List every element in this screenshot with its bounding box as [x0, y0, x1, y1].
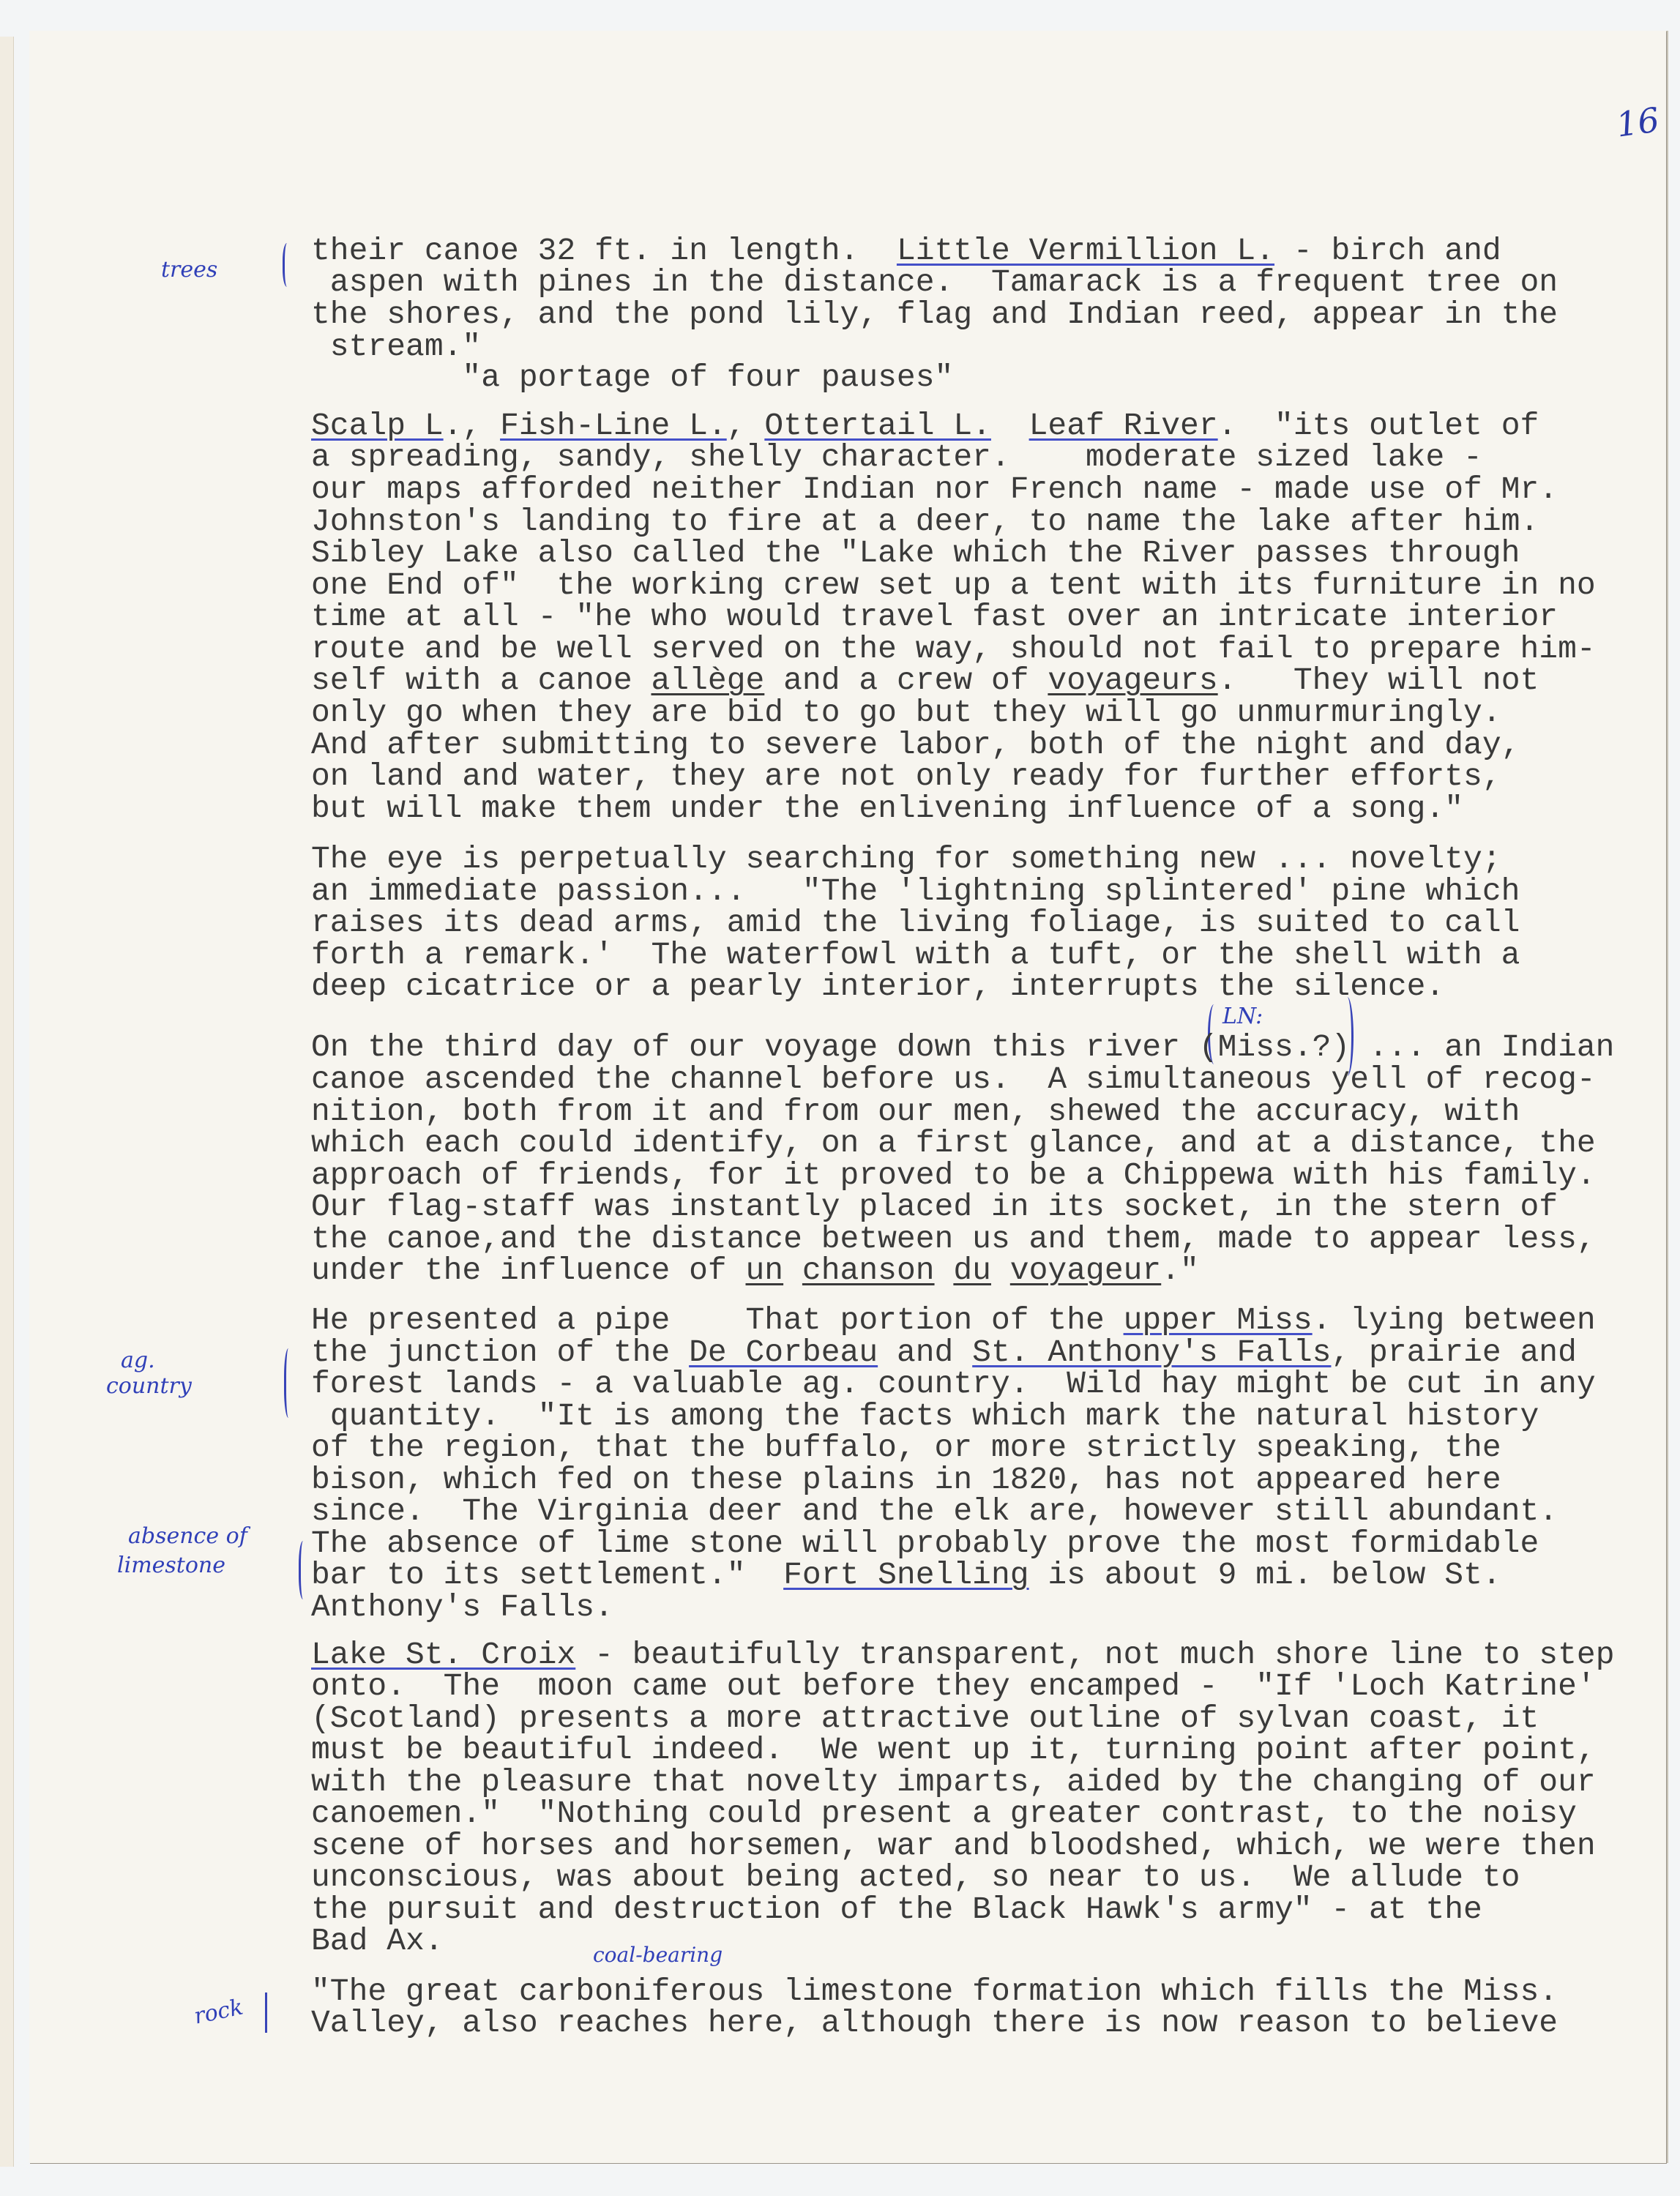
margin-note-limestone: limestone [117, 1553, 225, 1578]
text-line: canoe ascended the channel before us. A … [311, 1064, 1596, 1095]
text-line: Valley, also reaches here, although ther… [311, 2007, 1558, 2039]
text-line: He presented a pipe That portion of the … [311, 1304, 1596, 1336]
text-line: under the influence of un chanson du voy… [311, 1255, 1199, 1286]
text-line: our maps afforded neither Indian nor Fre… [311, 474, 1558, 505]
text-line: but will make them under the enlivening … [311, 793, 1463, 824]
text-line: onto. The moon came out before they enca… [311, 1670, 1596, 1702]
text-line: canoemen." "Nothing could present a grea… [311, 1798, 1577, 1829]
text-line: the pursuit and destruction of the Black… [311, 1894, 1482, 1925]
text-line: of the region, that the buffalo, or more… [311, 1432, 1501, 1463]
handwritten-underline: Leaf River [1029, 408, 1218, 444]
text-line: Bad Ax. [311, 1925, 444, 1957]
handwritten-underline: upper Miss [1124, 1302, 1313, 1338]
text-line: scene of horses and horsemen, war and bl… [311, 1830, 1596, 1861]
text-line: "a portage of four pauses" [311, 362, 953, 393]
handwritten-underline: Little Vermillion L. [897, 233, 1274, 269]
text-line: On the third day of our voyage down this… [311, 1031, 1615, 1063]
text-line: aspen with pines in the distance. Tamara… [311, 266, 1558, 298]
text-line: Anthony's Falls. [311, 1591, 613, 1623]
text-line: deep cicatrice or a pearly interior, int… [311, 971, 1444, 1002]
text-line: raises its dead arms, amid the living fo… [311, 907, 1520, 938]
text-line: "The great carboniferous limestone forma… [311, 1976, 1558, 2007]
typed-underline: du [953, 1252, 991, 1288]
text-line: which each could identify, on a first gl… [311, 1127, 1596, 1159]
text-line: route and be well served on the way, sho… [311, 633, 1596, 665]
text-line: since. The Virginia deer and the elk are… [311, 1495, 1558, 1527]
text-line: their canoe 32 ft. in length. Little Ver… [311, 235, 1501, 266]
margin-note-rock: rock [192, 1995, 245, 2029]
text-line: The eye is perpetually searching for som… [311, 843, 1501, 875]
text-line: self with a canoe allège and a crew of v… [311, 665, 1539, 696]
text-line: Lake St. Croix - beautifully transparent… [311, 1639, 1615, 1670]
page-number: 16 [1614, 100, 1662, 145]
text-line: approach of friends, for it proved to be… [311, 1159, 1596, 1191]
handwritten-underline: Lake St. Croix [311, 1637, 575, 1673]
handwritten-underline: St. Anthony's Falls [972, 1334, 1331, 1370]
text-line: only go when they are bid to go but they… [311, 697, 1501, 728]
text-line: quantity. "It is among the facts which m… [311, 1400, 1539, 1432]
text-line: stream." [311, 331, 481, 362]
text-line: on land and water, they are not only rea… [311, 761, 1501, 792]
handwritten-underline: De Corbeau [689, 1334, 878, 1370]
adjacent-page-edge [0, 37, 14, 2167]
text-line: bison, which fed on these plains in 1820… [311, 1464, 1501, 1495]
handwritten-underline: Scalp L [311, 408, 444, 444]
typed-underline: chanson [802, 1252, 935, 1288]
text-line: must be beautiful indeed. We went up it,… [311, 1734, 1596, 1766]
text-line: forth a remark.' The waterfowl with a tu… [311, 939, 1520, 971]
typed-underline: allège [651, 662, 764, 698]
text-line: the canoe,and the distance between us an… [311, 1223, 1596, 1255]
text-line: with the pleasure that novelty imparts, … [311, 1766, 1596, 1798]
text-line: Johnston's landing to fire at a deer, to… [311, 506, 1539, 537]
text-line: Our flag-staff was instantly placed in i… [311, 1191, 1558, 1222]
interlinear-note-coal-bearing: coal-bearing [593, 1943, 723, 1968]
margin-note-country: country [106, 1374, 192, 1399]
handwritten-underline: Fort Snelling [783, 1557, 1028, 1593]
margin-line-rock [265, 1993, 270, 2033]
text-line: (Scotland) presents a more attractive ou… [311, 1703, 1539, 1734]
margin-note-absence-of: absence of [128, 1524, 247, 1549]
text-line: an immediate passion... "The 'lightning … [311, 875, 1520, 907]
text-line: unconscious, was about being acted, so n… [311, 1861, 1520, 1893]
text-line: And after submitting to severe labor, bo… [311, 729, 1520, 761]
typed-underline: voyageur [1010, 1252, 1161, 1288]
interlinear-note-ln: LN: [1222, 1004, 1263, 1029]
text-line: nition, both from it and from our men, s… [311, 1096, 1520, 1127]
typed-manuscript-page: 16 trees ag. country absence of limeston… [29, 31, 1666, 2163]
text-line: time at all - "he who would travel fast … [311, 601, 1558, 632]
text-line: a spreading, sandy, shelly character. mo… [311, 441, 1482, 473]
text-line: one End of" the working crew set up a te… [311, 569, 1596, 601]
margin-note-trees: trees [161, 258, 217, 283]
handwritten-underline: Fish-Line L. [500, 408, 727, 444]
margin-brace-limestone [299, 1541, 310, 1599]
margin-brace-trees [283, 243, 294, 287]
text-line: The absence of lime stone will probably … [311, 1528, 1539, 1559]
text-line: Scalp L., Fish-Line L., Ottertail L. Lea… [311, 410, 1539, 441]
text-line: the junction of the De Corbeau and St. A… [311, 1337, 1577, 1368]
margin-note-ag: ag. [121, 1348, 155, 1373]
margin-brace-ag-country [284, 1348, 295, 1418]
typed-underline: un [746, 1252, 784, 1288]
text-line: bar to its settlement." Fort Snelling is… [311, 1559, 1501, 1591]
text-line: the shores, and the pond lily, flag and … [311, 299, 1558, 330]
text-line: forest lands - a valuable ag. country. W… [311, 1368, 1596, 1400]
text-line: Sibley Lake also called the "Lake which … [311, 537, 1520, 569]
handwritten-underline: Ottertail L. [764, 408, 991, 444]
typed-underline: voyageurs [1048, 662, 1217, 698]
